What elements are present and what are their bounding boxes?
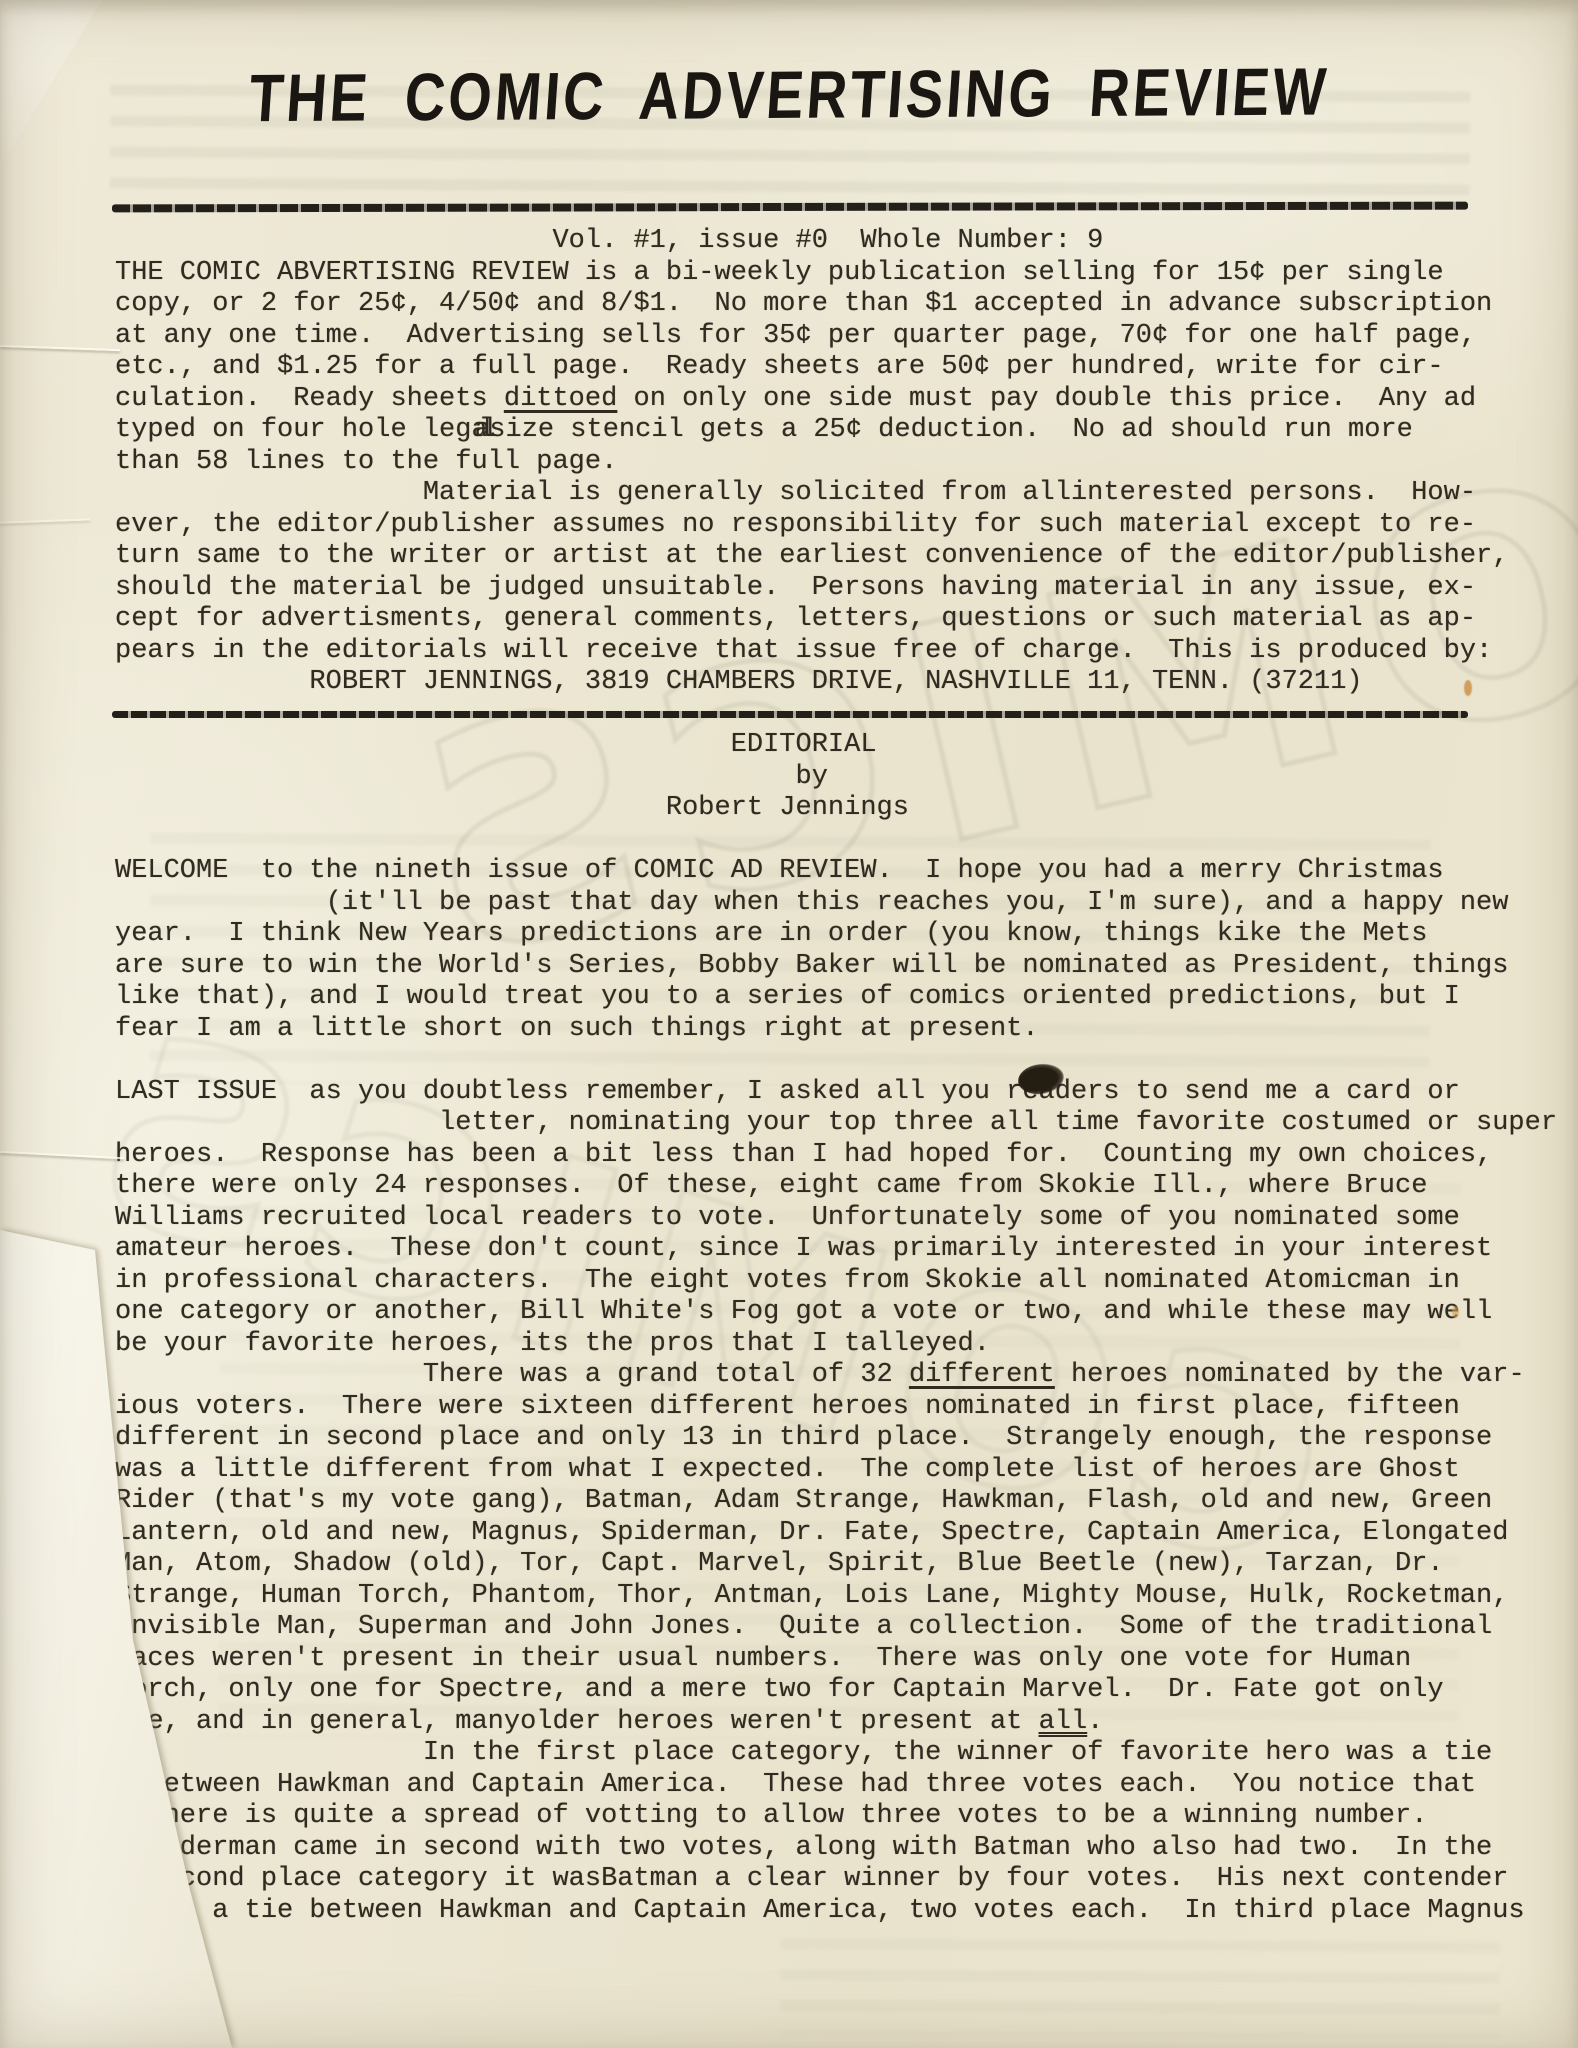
text-segment: heroes nominated by the var- — [1055, 1360, 1525, 1390]
text-line: There was a grand total of 32 different … — [115, 1360, 1545, 1392]
text-line: faces weren't present in their usual num… — [115, 1644, 1545, 1676]
text-line: Vol. #1, issue #0 Whole Number: 9 — [115, 226, 1545, 258]
text-line: Rider (that's my vote gang), Batman, Ada… — [115, 1486, 1545, 1518]
text-line: Strange, Human Torch, Phantom, Thor, Ant… — [115, 1581, 1545, 1613]
text-line: there were only 24 responses. Of these, … — [115, 1171, 1545, 1203]
text-line: LAST ISSUE as you doubtless remember, I … — [115, 1077, 1545, 1109]
text-line: be your favorite heroes, its the pros th… — [115, 1329, 1545, 1361]
text-line: WELCOME to the nineth issue of COMIC AD … — [115, 856, 1545, 888]
divider-rule — [112, 711, 1468, 718]
text-segment: size stencil gets a 25¢ deduction. No ad… — [489, 415, 1413, 445]
text-line: in professional characters. The eight vo… — [115, 1266, 1545, 1298]
page-fold-bottom-left — [0, 1230, 260, 2048]
paper-stain-speck — [1464, 680, 1472, 696]
text-line: EDITORIAL — [115, 730, 1545, 762]
emphasized-text: different — [909, 1360, 1055, 1390]
text-line: ROBERT JENNINGS, 3819 CHAMBERS DRIVE, NA… — [115, 667, 1545, 699]
text-segment: . — [1087, 1707, 1103, 1737]
text-segment: typed on four hole leg — [115, 415, 471, 445]
text-segment: on only one side must pay double this pr… — [617, 384, 1476, 414]
text-line: here is quite a spread of votting to all… — [115, 1801, 1545, 1833]
text-line: was a little different from what I expec… — [115, 1455, 1545, 1487]
emphasized-text: all — [1039, 1707, 1088, 1737]
text-line: letter, nominating your top three all ti… — [115, 1108, 1545, 1140]
text-line: (it'll be past that day when this reache… — [115, 888, 1545, 920]
text-line: iderman came in second with two votes, a… — [115, 1833, 1545, 1865]
folded-corner — [0, 1230, 260, 2048]
text-segment: culation. Ready sheets — [115, 384, 504, 414]
text-line: one category or another, Bill White's Fo… — [115, 1297, 1545, 1329]
text-line — [115, 825, 1545, 857]
text-line — [115, 1045, 1545, 1077]
mid-divider-rule — [115, 699, 1545, 731]
text-line: typed on four hole legalsize stencil get… — [115, 415, 1545, 447]
text-line: than 58 lines to the full page. — [115, 447, 1545, 479]
text-line: like that), and I would treat you to a s… — [115, 982, 1545, 1014]
text-line: culation. Ready sheets dittoed on only o… — [115, 384, 1545, 416]
text-line: In the first place category, the winner … — [115, 1738, 1545, 1770]
text-line: Man, Atom, Shadow (old), Tor, Capt. Marv… — [115, 1549, 1545, 1581]
text-line: turn same to the writer or artist at the… — [115, 541, 1545, 573]
text-line: by — [115, 762, 1545, 794]
text-line: a tie between Hawkman and Captain Americ… — [115, 1896, 1545, 1928]
text-line: at any one time. Advertising sells for 3… — [115, 321, 1545, 353]
text-line: cond place category it wasBatman a clear… — [115, 1864, 1545, 1896]
text-line: heroes. Response has been a bit less tha… — [115, 1140, 1545, 1172]
text-line: Material is generally solicited from all… — [115, 478, 1545, 510]
text-line: Williams recruited local readers to vote… — [115, 1203, 1545, 1235]
text-line: Invisible Man, Superman and John Jones. … — [115, 1612, 1545, 1644]
text-line: different in second place and only 13 in… — [115, 1423, 1545, 1455]
text-line: Lantern, old and new, Magnus, Spiderman,… — [115, 1518, 1545, 1550]
text-line: amateur heroes. These don't count, since… — [115, 1234, 1545, 1266]
text-line: ●ne, and in general, manyolder heroes we… — [115, 1707, 1545, 1739]
text-line: etween Hawkman and Captain America. Thes… — [115, 1770, 1545, 1802]
text-line: Torch, only one for Spectre, and a mere … — [115, 1675, 1545, 1707]
text-line: etc., and $1.25 for a full page. Ready s… — [115, 352, 1545, 384]
text-line: copy, or 2 for 25¢, 4/50¢ and 8/$1. No m… — [115, 289, 1545, 321]
text-line: THE COMIC ABVERTISING REVIEW is a bi-wee… — [115, 258, 1545, 290]
text-line: year. I think New Years predictions are … — [115, 919, 1545, 951]
masthead-title: THE COMIC ADVERTISING REVIEW — [0, 51, 1578, 139]
text-line: cept for advertisments, general comments… — [115, 604, 1545, 636]
text-line: fear I am a little short on such things … — [115, 1014, 1545, 1046]
text-line: should the material be judged unsuitable… — [115, 573, 1545, 605]
text-line: Robert Jennings — [115, 793, 1545, 825]
text-line: ever, the editor/publisher assumes no re… — [115, 510, 1545, 542]
text-line: pears in the editorials will receive tha… — [115, 636, 1545, 668]
emphasized-text: dittoed — [504, 384, 617, 414]
typewritten-text: Vol. #1, issue #0 Whole Number: 9THE COM… — [115, 226, 1545, 1927]
text-line: are sure to win the World's Series, Bobb… — [115, 951, 1545, 983]
paper-stain-speck-2 — [1452, 1306, 1459, 1318]
emphasized-text: al — [471, 415, 489, 445]
text-line: ious voters. There were sixteen differen… — [115, 1392, 1545, 1424]
